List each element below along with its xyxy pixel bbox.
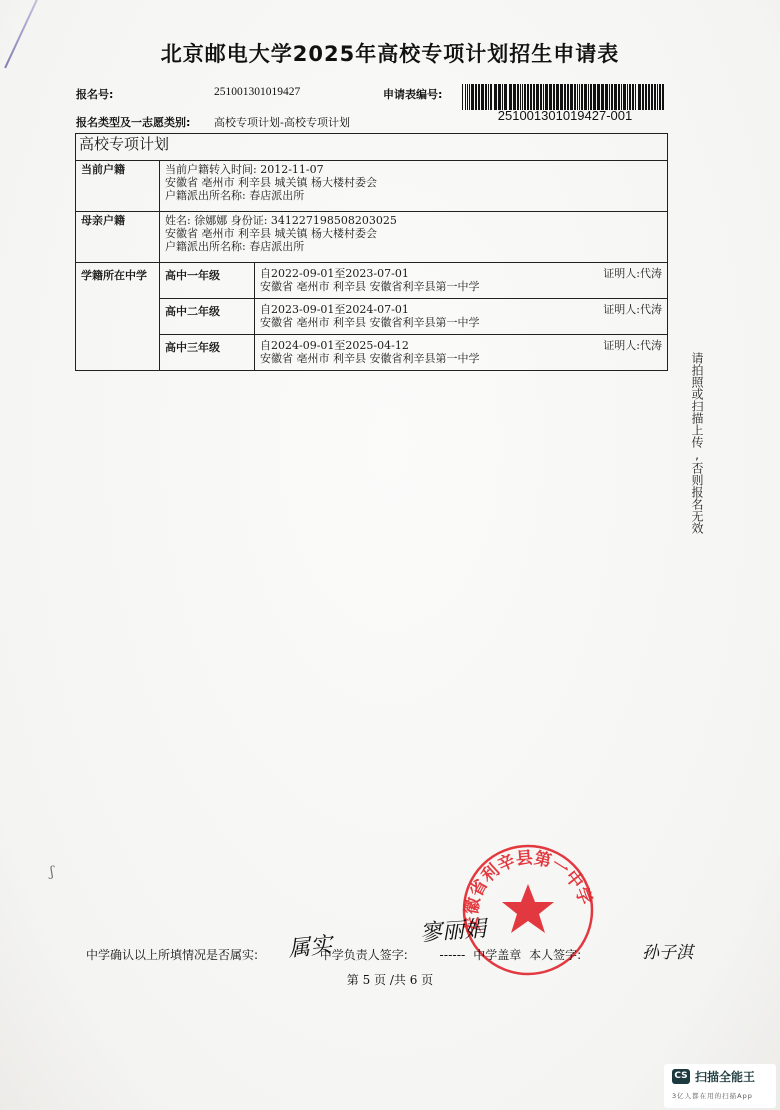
grade-witness: 证明人:代涛: [603, 267, 662, 280]
school-record-label: 学籍所在中学: [76, 263, 160, 371]
current-household-line: 安徽省 亳州市 利辛县 城关镇 杨大楼村委会: [165, 176, 662, 189]
table-row-current-household: 当前户籍 当前户籍转入时间: 2012-11-07 安徽省 亳州市 利辛县 城关…: [76, 161, 668, 212]
watermark-tagline: 3亿人都在用的扫描App: [672, 1091, 753, 1100]
scanner-watermark: CS 扫描全能王 3亿人都在用的扫描App: [664, 1064, 776, 1108]
grade-label: 高中一年级: [160, 263, 255, 299]
section-title: 高校专项计划: [76, 134, 668, 161]
grade-label: 高中三年级: [160, 335, 255, 371]
stray-mark: ʃ: [50, 864, 54, 880]
watermark-name: 扫描全能王: [695, 1068, 755, 1085]
barcode-number: 251001301019427-001: [462, 108, 668, 123]
confirm-label: 中学确认以上所填情况是否属实:: [86, 946, 258, 963]
registration-number: 251001301019427: [214, 86, 300, 98]
confirm-signature: 属实: [287, 928, 334, 963]
grade-school: 安徽省 亳州市 利辛县 安徽省利辛县第一中学: [260, 280, 662, 293]
grade-label: 高中二年级: [160, 299, 255, 335]
dashes: ------: [439, 948, 465, 962]
application-no-label: 申请表编号:: [383, 86, 442, 102]
side-note: 请拍照或扫描上传,否则报名无效: [690, 352, 704, 534]
page-number: 第 5 页 /共 6 页: [0, 971, 780, 988]
application-table: 高校专项计划 当前户籍 当前户籍转入时间: 2012-11-07 安徽省 亳州市…: [75, 133, 668, 371]
grade-witness: 证明人:代涛: [603, 303, 662, 316]
camscanner-logo-icon: CS: [672, 1069, 690, 1084]
current-household-line: 户籍派出所名称: 春店派出所: [165, 189, 662, 202]
table-row-mother-household: 母亲户籍 姓名: 徐娜娜 身份证: 341227198508203025 安徽省…: [76, 212, 668, 263]
page-title: 北京邮电大学2025年高校专项计划招生申请表: [0, 38, 780, 68]
self-label: 本人签字:: [529, 946, 581, 963]
mother-household-line: 安徽省 亳州市 利辛县 城关镇 杨大楼村委会: [165, 227, 662, 240]
grade-period: 自2024-09-01至2025-04-12: [260, 339, 409, 352]
registration-label: 报名号:: [76, 86, 113, 102]
current-household-label: 当前户籍: [76, 161, 160, 212]
category-label: 报名类型及一志愿类别:: [76, 114, 190, 130]
table-row-grade-1: 学籍所在中学 高中一年级 自2022-09-01至2023-07-01 证明人:…: [76, 263, 668, 299]
current-household-line: 当前户籍转入时间: 2012-11-07: [165, 163, 662, 176]
mother-household-line: 户籍派出所名称: 春店派出所: [165, 240, 662, 253]
grade-witness: 证明人:代涛: [603, 339, 662, 352]
mother-household-label: 母亲户籍: [76, 212, 160, 263]
principal-signature: 寥丽娟: [419, 912, 487, 948]
scanned-page: 北京邮电大学2025年高校专项计划招生申请表 报名号: 251001301019…: [0, 0, 780, 1110]
table-row-grade-2: 高中二年级 自2023-09-01至2024-07-01 证明人:代涛 安徽省 …: [76, 299, 668, 335]
barcode: [462, 84, 668, 110]
grade-period: 自2022-09-01至2023-07-01: [260, 267, 409, 280]
category-value: 高校专项计划-高校专项计划: [214, 114, 350, 130]
mother-household-line: 姓名: 徐娜娜 身份证: 341227198508203025: [165, 214, 662, 227]
table-row-grade-3: 高中三年级 自2024-09-01至2025-04-12 证明人:代涛 安徽省 …: [76, 335, 668, 371]
grade-school: 安徽省 亳州市 利辛县 安徽省利辛县第一中学: [260, 352, 662, 365]
seal-label: 中学盖章: [473, 946, 521, 963]
self-signature: 孙子淇: [642, 938, 693, 963]
footer-signatures: 中学确认以上所填情况是否属实: 中学负责人签字: ------ 中学盖章 本人签…: [86, 946, 581, 963]
grade-school: 安徽省 亳州市 利辛县 安徽省利辛县第一中学: [260, 316, 662, 329]
grade-period: 自2023-09-01至2024-07-01: [260, 303, 409, 316]
